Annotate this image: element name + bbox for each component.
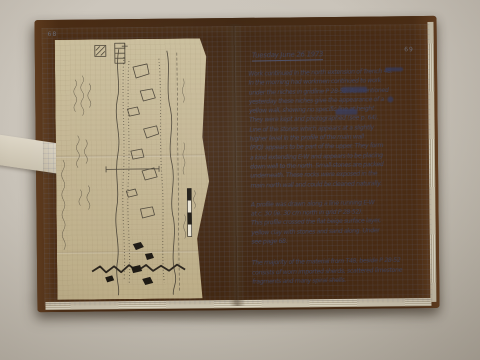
stone-features	[125, 64, 160, 218]
ink-smudge	[335, 109, 357, 115]
ink-smudge	[387, 96, 393, 102]
right-page: 69 Tuesday June 26 1973 Work continued i…	[235, 24, 433, 304]
entry-paragraph-2: A profile was drawn along a line running…	[251, 197, 428, 247]
entry-line: see page 68.	[251, 234, 427, 247]
page-number-left: 68	[48, 31, 58, 38]
trench-outline	[167, 51, 176, 295]
entry-heading: Tuesday June 26 1973	[252, 50, 323, 61]
entry-paragraph-1: Work continued in the north extension of…	[248, 66, 426, 190]
legend-swatch-hatched	[95, 45, 106, 56]
survey-dashed-line	[177, 53, 179, 291]
excavation-plan-sketch	[55, 38, 214, 300]
open-notebook: 68	[34, 16, 439, 312]
scale-bar	[187, 188, 196, 236]
trench-outline	[114, 49, 121, 295]
diary-entry: Tuesday June 26 1973 Work continued in t…	[248, 39, 429, 287]
section-line	[106, 166, 159, 173]
entry-paragraph-3: The majority of the material from T48, b…	[252, 256, 429, 287]
map-sheet	[55, 38, 214, 300]
ink-smudge	[341, 87, 367, 93]
annotation-squiggles	[61, 75, 186, 250]
ink-smudge	[385, 67, 403, 71]
notebook-photograph: 68	[0, 0, 480, 360]
left-page: 68	[42, 26, 237, 306]
